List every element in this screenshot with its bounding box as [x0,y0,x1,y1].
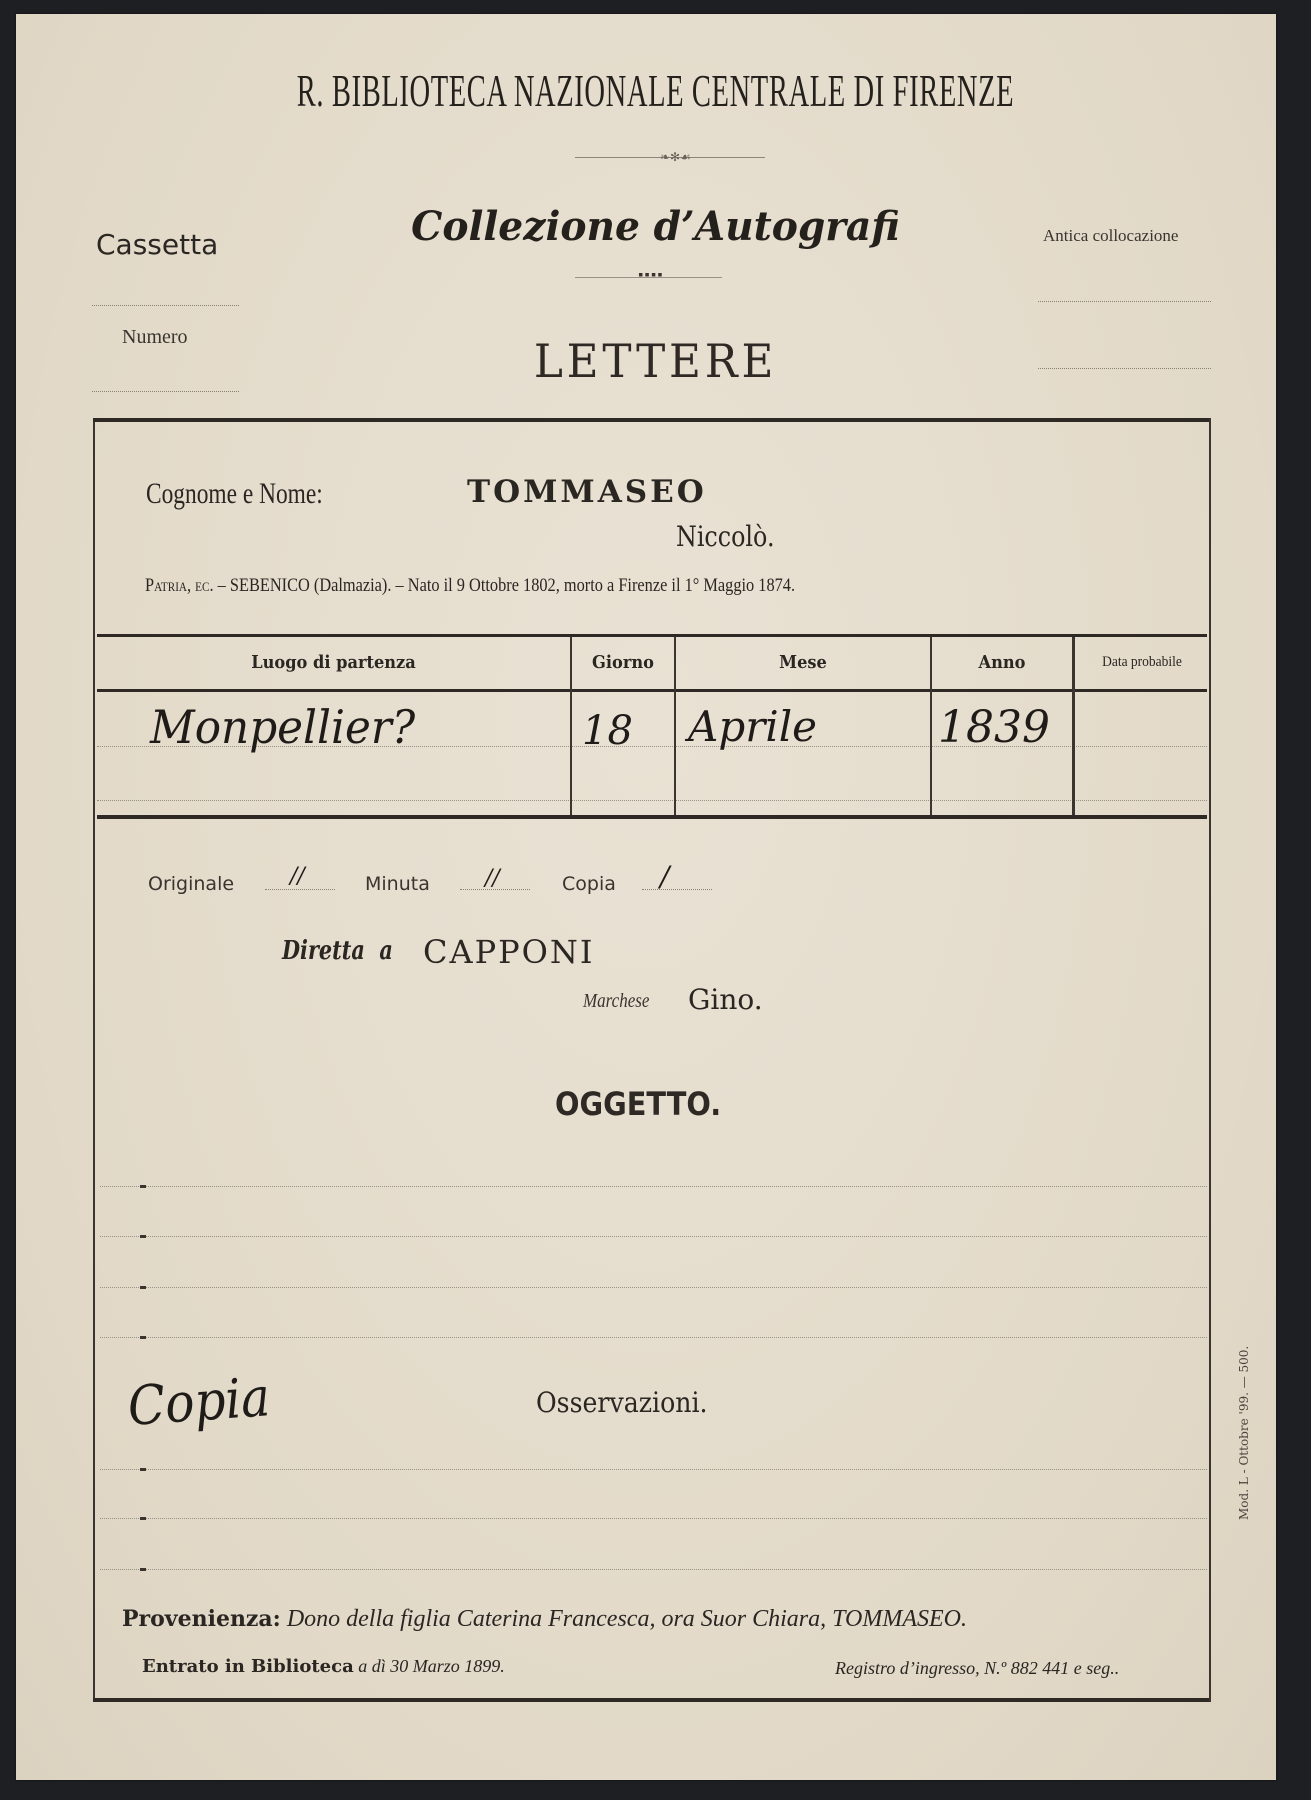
frame-top-rule [93,418,1209,422]
copia-label: Copia [562,873,616,895]
surname: TOMMASEO [467,474,707,510]
entrata-label: Entrato in Biblioteca [142,1656,354,1677]
frame-bottom-rule [93,1698,1209,1702]
originale-field[interactable] [265,889,335,890]
oggetto-heading: OGGETTO. [555,1085,721,1123]
copia-value: / [660,860,669,893]
name-label: Cognome e Nome: [146,477,323,511]
record-frame [93,418,1211,1702]
table-col-divider [1072,637,1075,815]
originale-label: Originale [148,873,234,895]
table-header-anno: Anno [939,652,1065,673]
table-col-divider [930,637,932,815]
margin-tick [140,1185,146,1188]
entrata-date: a dì 30 Marzo 1899. [354,1656,505,1676]
margin-tick [140,1568,146,1571]
cell-giorno[interactable]: 18 [582,708,633,754]
table-header-luogo: Luogo di partenza [121,652,547,673]
osservazioni-heading: Osservazioni. [536,1386,708,1419]
originale-value: // [290,864,305,889]
section-title: LETTERE [33,334,1278,388]
table-bottom-rule [97,815,1207,819]
table-guide-line-2 [97,800,1207,801]
recipient-title: Marchese [583,990,649,1013]
oggetto-line-3[interactable] [100,1287,1207,1288]
oggetto-line-1[interactable] [100,1186,1207,1187]
table-top-rule [97,634,1207,637]
form-code: Mod. L - Ottobre '99. — 500. [1237,1346,1251,1520]
diretta-word: Diretta [282,936,365,966]
margin-tick [140,1286,146,1289]
minuta-value: // [485,866,500,891]
table-col-divider [674,637,676,815]
table-header-rule [97,689,1207,692]
table-header-mese: Mese [689,652,918,673]
osservazioni-line-1[interactable] [100,1469,1207,1470]
given-name: Niccolò. [676,520,775,553]
recipient-surname: CAPPONI [423,933,595,971]
a-word: a [379,936,392,966]
patria-text: – SEBENICO (Dalmazia). – Nato il 9 Ottob… [214,575,796,596]
diretta-label: Diretta a [282,936,393,966]
cell-anno[interactable]: 1839 [938,702,1050,753]
copia-field[interactable] [642,889,712,890]
cell-mese[interactable]: Aprile [688,702,817,751]
margin-tick [140,1336,146,1339]
margin-tick [140,1468,146,1471]
oggetto-line-2[interactable] [100,1236,1207,1237]
table-header-giorno: Giorno [577,652,669,673]
table-header-data-probabile: Data probabile [1082,654,1203,671]
patria-line: Patria, ec. – SEBENICO (Dalmazia). – Nat… [145,575,795,597]
provenienza-label: Provenienza: [122,1606,281,1632]
provenienza-line: Provenienza: Dono della figlia Caterina … [122,1606,967,1633]
antica-collocazione-label: Antica collocazione [1043,226,1178,246]
recipient-given-name: Gino. [688,983,763,1016]
numero-field[interactable] [92,391,239,392]
ornament-icon: ❧✻☙ [660,150,691,164]
provenienza-text: Dono della figlia Caterina Francesca, or… [281,1606,967,1632]
entrata-line: Entrato in Biblioteca a dì 30 Marzo 1899… [142,1656,505,1677]
margin-tick [140,1235,146,1238]
patria-label: Patria, ec. [145,575,214,596]
minuta-label: Minuta [365,873,430,895]
cassetta-field[interactable] [92,305,239,306]
ornament-dots-icon: ▪▪▪▪ [638,270,664,280]
osservazioni-handwritten-note: Copia [126,1365,272,1438]
oggetto-line-4[interactable] [100,1337,1207,1338]
registro-ingresso: Registro d’ingresso, N.º 882 441 e seg.. [835,1658,1119,1679]
cell-luogo[interactable]: Monpellier? [150,700,415,754]
osservazioni-line-3[interactable] [100,1569,1207,1570]
osservazioni-line-2[interactable] [100,1518,1207,1519]
table-col-divider [570,637,572,815]
margin-tick [140,1517,146,1520]
antica-collocazione-field-1[interactable] [1038,301,1211,302]
institution-title: R. BIBLIOTECA NAZIONALE CENTRALE DI FIRE… [249,64,1062,117]
